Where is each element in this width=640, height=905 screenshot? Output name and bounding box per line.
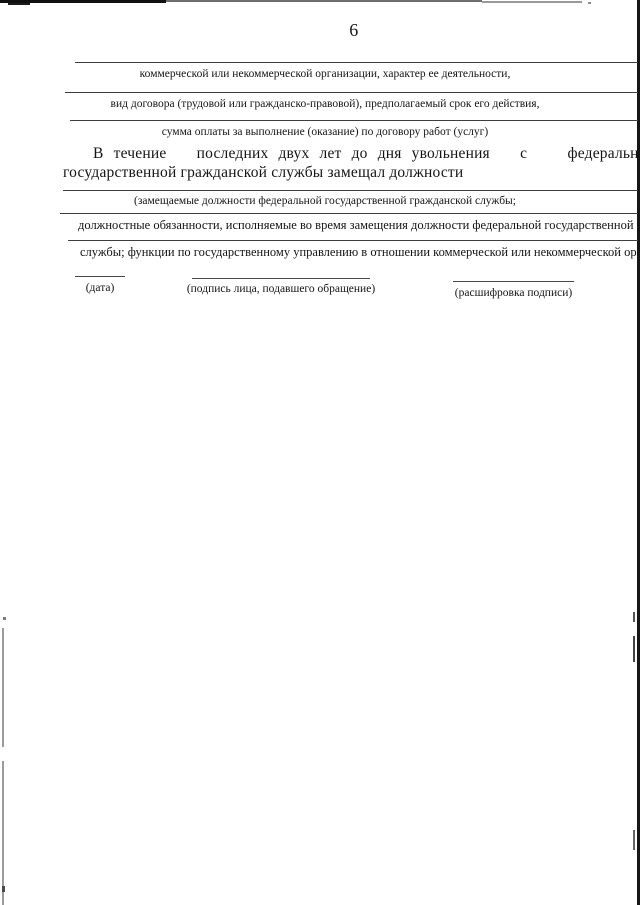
- scan-artifact-right-mark: [633, 830, 635, 850]
- document-page: 6 коммерческой или некоммерческой органи…: [0, 0, 640, 905]
- field-line-functions: [68, 240, 638, 241]
- intro-line-1: В течение последних двух лет до дня увол…: [63, 145, 638, 164]
- field-caption-payment: сумма оплаты за выполнение (оказание) по…: [8, 126, 640, 138]
- page-number: 6: [0, 20, 640, 41]
- field-line-organization: [75, 62, 638, 63]
- field-line-positions: [63, 190, 638, 191]
- intro-line-2: государственной гражданской службы замещ…: [63, 164, 638, 183]
- field-caption-contract: вид договора (трудовой или гражданско-пр…: [8, 98, 640, 110]
- scan-artifact-right-mark: [633, 636, 635, 662]
- scan-artifact-top-smudge-dark: [0, 0, 166, 3]
- signature-caption-name: (расшифровка подписи): [437, 287, 590, 299]
- scan-artifact-left-edge-line: [2, 628, 4, 747]
- field-caption-organization: коммерческой или некоммерческой организа…: [8, 68, 640, 80]
- scan-artifact-left-edge-line: [2, 761, 4, 905]
- field-caption-duties: должностные обязанности, исполняемые во …: [78, 218, 629, 233]
- scan-artifact-top-smudge-mid: [166, 0, 482, 2]
- scan-artifact-top-dash: [8, 3, 30, 5]
- scan-artifact-left-dark-mark: [2, 886, 5, 892]
- signature-caption-date: (дата): [60, 282, 140, 294]
- scan-artifact-top-dot: [588, 2, 591, 4]
- field-line-contract: [65, 92, 638, 93]
- signature-line-date: [75, 276, 125, 277]
- scan-artifact-left-dot: [3, 617, 6, 620]
- field-caption-functions: службы; функции по государственному упра…: [80, 245, 630, 260]
- signature-line-sign: [192, 278, 370, 279]
- field-line-duties: [60, 213, 638, 214]
- field-caption-positions: (замещаемые должности федеральной госуда…: [8, 195, 640, 207]
- field-line-payment: [70, 120, 638, 121]
- scan-artifact-right-mark: [633, 612, 635, 622]
- scan-artifact-top-smudge-light: [482, 1, 582, 3]
- signature-caption-sign: (подпись лица, подавшего обращение): [181, 283, 381, 295]
- intro-paragraph: В течение последних двух лет до дня увол…: [63, 145, 638, 182]
- signature-line-name: [453, 281, 574, 282]
